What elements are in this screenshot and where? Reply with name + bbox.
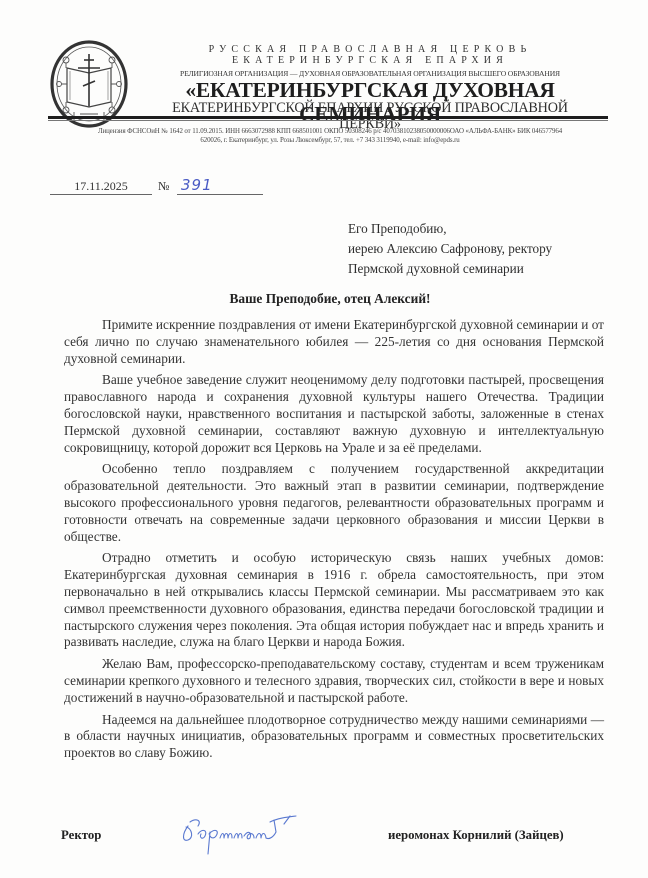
signatory-name: иеромонах Корнилий (Зайцев) (388, 828, 564, 843)
greeting: Ваше Преподобие, отец Алексий! (60, 290, 600, 308)
letter-body: Примите искренние поздравления от имени … (64, 317, 604, 767)
letter-number-field: 391 (177, 178, 263, 195)
addressee-line-3: Пермской духовной семинарии (348, 259, 552, 279)
addressee-line-2: иерею Алексию Сафронову, ректору (348, 239, 552, 259)
addressee-line-1: Его Преподобию, (348, 219, 552, 239)
seminary-emblem-icon (50, 40, 128, 128)
paragraph: Надеемся на дальнейшее плодотворное сотр… (64, 712, 604, 762)
addressee-block: Его Преподобию, иерею Алексию Сафронову,… (348, 219, 552, 279)
number-label: № (158, 178, 169, 194)
paragraph: Ваше учебное заведение служит неоценимом… (64, 372, 604, 456)
paragraph: Особенно тепло поздравляем с получением … (64, 461, 604, 545)
church-name: РУССКАЯ ПРАВОСЛАВНАЯ ЦЕРКОВЬ (140, 44, 600, 55)
letter-date: 17.11.2025 (50, 178, 152, 195)
requisites-line-2: 620026, г. Екатеринбург, ул. Розы Люксем… (30, 136, 630, 145)
diocese-name: ЕКАТЕРИНБУРГСКАЯ ЕПАРХИЯ (140, 55, 600, 66)
paragraph: Желаю Вам, профессорско-преподавательско… (64, 656, 604, 706)
header-divider-thin (48, 120, 608, 121)
paragraph: Отрадно отметить и особую историческую с… (64, 550, 604, 651)
signatory-role: Ректор (61, 828, 101, 843)
requisites-line-1: Лицензия ФСНСОиН № 1642 от 11.09.2015. И… (30, 127, 630, 136)
handwritten-signature-icon (178, 812, 313, 862)
header-divider-thick (48, 116, 608, 119)
paragraph: Примите искренние поздравления от имени … (64, 317, 604, 367)
letter-number: 391 (181, 176, 213, 194)
